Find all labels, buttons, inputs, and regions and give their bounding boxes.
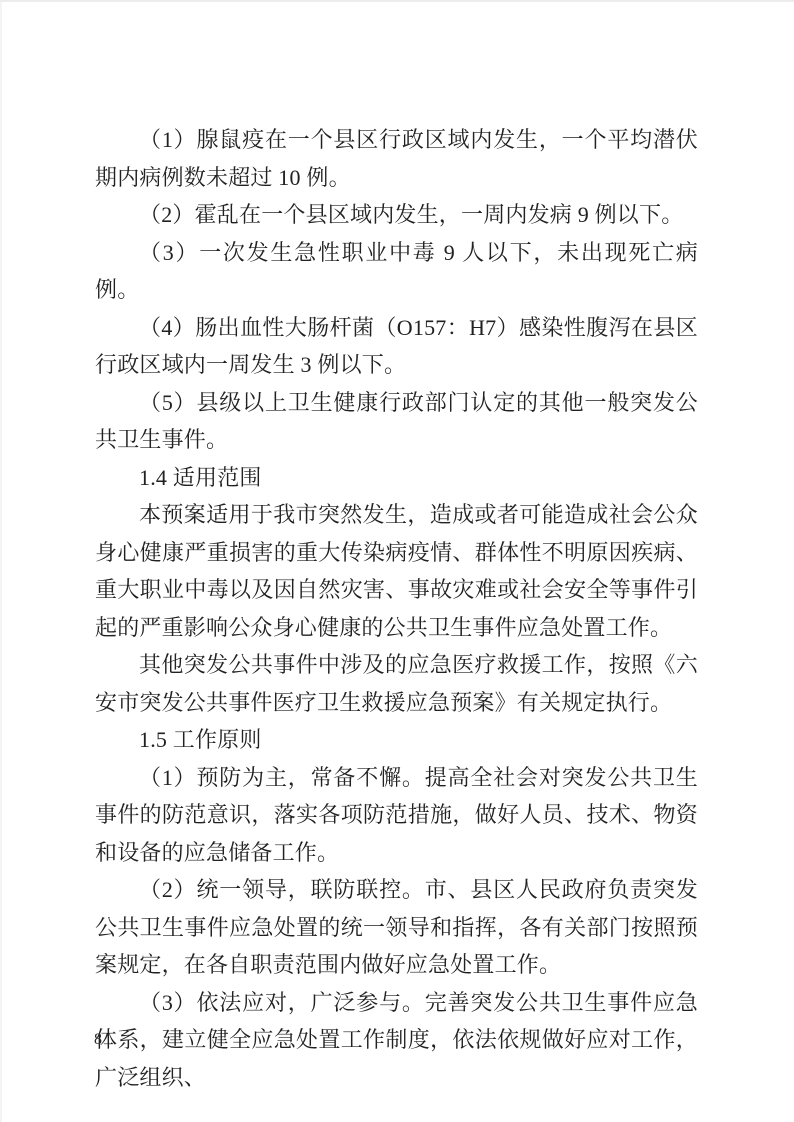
paragraph-item-5: （5）县级以上卫生健康行政部门认定的其他一般突发公共卫生事件。: [95, 384, 698, 459]
document-body: （1）腺鼠疫在一个县区行政区域内发生，一个平均潜伏期内病例数未超过 10 例。 …: [95, 121, 698, 1096]
principle-item-2: （2）统一领导，联防联控。市、县区人民政府负责突发公共卫生事件应急处置的统一领导…: [95, 871, 698, 984]
paragraph-item-4: （4）肠出血性大肠杆菌（O157：H7）感染性腹泻在县区行政区域内一周发生 3 …: [95, 309, 698, 384]
principle-item-1: （1）预防为主，常备不懈。提高全社会对突发公共卫生事件的防范意识，落实各项防范措…: [95, 759, 698, 872]
paragraph-item-2: （2）霍乱在一个县区域内发生，一周内发病 9 例以下。: [95, 196, 698, 234]
section-heading-1-4: 1.4 适用范围: [95, 459, 698, 497]
paragraph-medical-rescue: 其他突发公共事件中涉及的应急医疗救援工作，按照《六安市突发公共事件医疗卫生救援应…: [95, 646, 698, 721]
principle-item-3: （3）依法应对，广泛参与。完善突发公共卫生事件应急体系，建立健全应急处置工作制度…: [95, 984, 698, 1097]
paragraph-item-3: （3）一次发生急性职业中毒 9 人以下，未出现死亡病例。: [95, 234, 698, 309]
paragraph-item-1: （1）腺鼠疫在一个县区行政区域内发生，一个平均潜伏期内病例数未超过 10 例。: [95, 121, 698, 196]
section-heading-1-5: 1.5 工作原则: [95, 721, 698, 759]
document-page: （1）腺鼠疫在一个县区行政区域内发生，一个平均潜伏期内病例数未超过 10 例。 …: [0, 0, 794, 1122]
paragraph-scope: 本预案适用于我市突然发生，造成或者可能造成社会公众身心健康严重损害的重大传染病疫…: [95, 496, 698, 646]
page-number: 8: [94, 1030, 102, 1050]
